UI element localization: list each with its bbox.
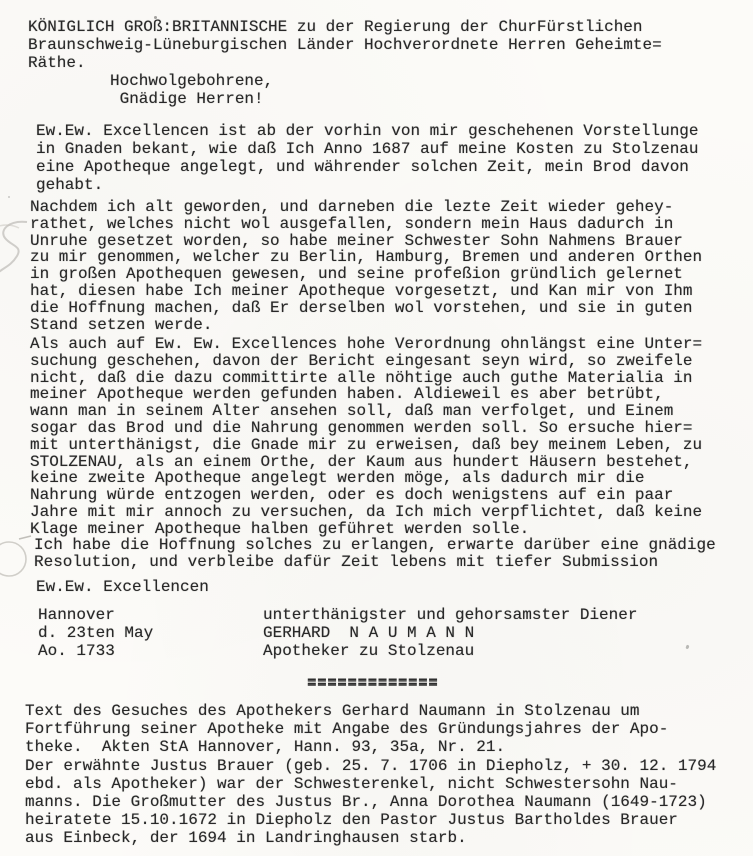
signature-signer: unterthänigster und gehorsamster Diener …	[263, 606, 637, 660]
paragraph-petition-request: Als auch auf Ew. Ew. Excellences hohe Ve…	[30, 336, 702, 538]
paragraph-nephew-brauer: Nachdem ich alt geworden, und darneben d…	[30, 199, 702, 333]
section-divider: =============	[307, 674, 438, 692]
paragraph-hope-resolution: Ich habe die Hoffnung solches zu erlange…	[34, 537, 716, 571]
document-page: KÖNIGLICH GROß:BRITANNISCHE zu der Regie…	[0, 0, 753, 856]
scan-speck	[685, 645, 689, 650]
scan-speck	[8, 196, 10, 198]
salutation: Hochwolgebohrene, Gnädige Herren!	[110, 72, 273, 108]
scan-artifact-squiggle	[0, 216, 31, 280]
scan-speck	[154, 16, 157, 19]
scan-artifact-circle	[0, 531, 37, 583]
closing-address: Ew.Ew. Excellencen	[36, 578, 209, 596]
paragraph-apothecary-founding: Ew.Ew. Excellencen ist ab der vorhin von…	[36, 122, 699, 194]
signature-place-date: Hannover d. 23ten May Ao. 1733	[38, 606, 153, 660]
archival-source-note: Text des Gesuches des Apothekers Gerhard…	[25, 702, 668, 756]
genealogical-note: Der erwähnte Justus Brauer (geb. 25. 7. …	[25, 757, 716, 847]
recipient-address: KÖNIGLICH GROß:BRITANNISCHE zu der Regie…	[28, 18, 662, 72]
